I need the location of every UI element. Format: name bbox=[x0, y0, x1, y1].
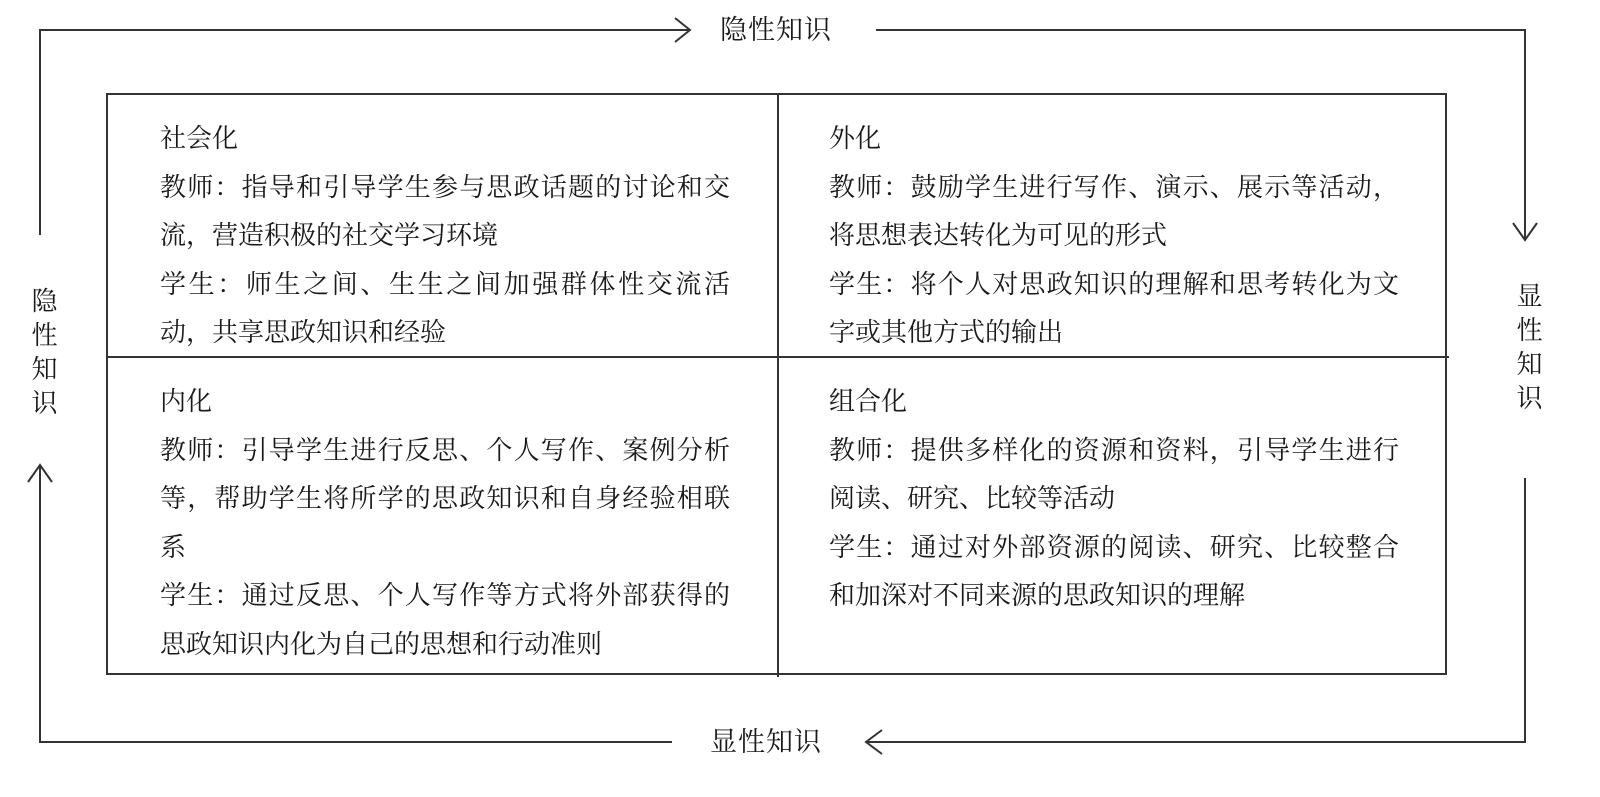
student-text: 学生：师生之间、生生之间加强群体性交流活动，共享思政知识和经验 bbox=[160, 261, 730, 358]
teacher-text: 教师：鼓励学生进行写作、演示、展示等活动，将思想表达转化为可见的形式 bbox=[829, 164, 1399, 261]
quadrant-title: 社会化 bbox=[160, 115, 747, 164]
bottom-label: 显性知识 bbox=[710, 729, 822, 756]
quadrant-internalization: 内化 教师：引导学生进行反思、个人写作、案例分析等，帮助学生将所学的思政知识和自… bbox=[108, 358, 779, 677]
left-label: 隐性知识 bbox=[25, 287, 55, 423]
quadrant-socialization: 社会化 教师：指导和引导学生参与思政话题的讨论和交流，营造积极的社交学习环境 学… bbox=[108, 95, 779, 358]
teacher-text: 教师：引导学生进行反思、个人写作、案例分析等，帮助学生将所学的思政知识和自身经验… bbox=[160, 427, 730, 573]
student-text: 学生：通过对外部资源的阅读、研究、比较整合和加深对不同来源的思政知识的理解 bbox=[829, 524, 1399, 621]
right-label-text: 显性知识 bbox=[1510, 282, 1544, 418]
teacher-text: 教师：提供多样化的资源和资料，引导学生进行阅读、研究、比较等活动 bbox=[829, 427, 1399, 524]
quadrant-title: 外化 bbox=[829, 115, 1419, 164]
quadrant-title: 组合化 bbox=[829, 378, 1419, 427]
student-text: 学生：将个人对思政知识的理解和思考转化为文字或其他方式的输出 bbox=[829, 261, 1399, 358]
seci-matrix: 社会化 教师：指导和引导学生参与思政话题的讨论和交流，营造积极的社交学习环境 学… bbox=[106, 93, 1447, 675]
student-text: 学生：通过反思、个人写作等方式将外部获得的思政知识内化为自己的思想和行动准则 bbox=[160, 572, 730, 669]
quadrant-externalization: 外化 教师：鼓励学生进行写作、演示、展示等活动，将思想表达转化为可见的形式 学生… bbox=[779, 95, 1449, 358]
right-label: 显性知识 bbox=[1510, 282, 1540, 418]
quadrant-combination: 组合化 教师：提供多样化的资源和资料，引导学生进行阅读、研究、比较等活动 学生：… bbox=[779, 358, 1449, 677]
teacher-text: 教师：指导和引导学生参与思政话题的讨论和交流，营造积极的社交学习环境 bbox=[160, 164, 730, 261]
left-label-text: 隐性知识 bbox=[25, 287, 59, 423]
top-label: 隐性知识 bbox=[720, 17, 832, 44]
quadrant-title: 内化 bbox=[160, 378, 747, 427]
